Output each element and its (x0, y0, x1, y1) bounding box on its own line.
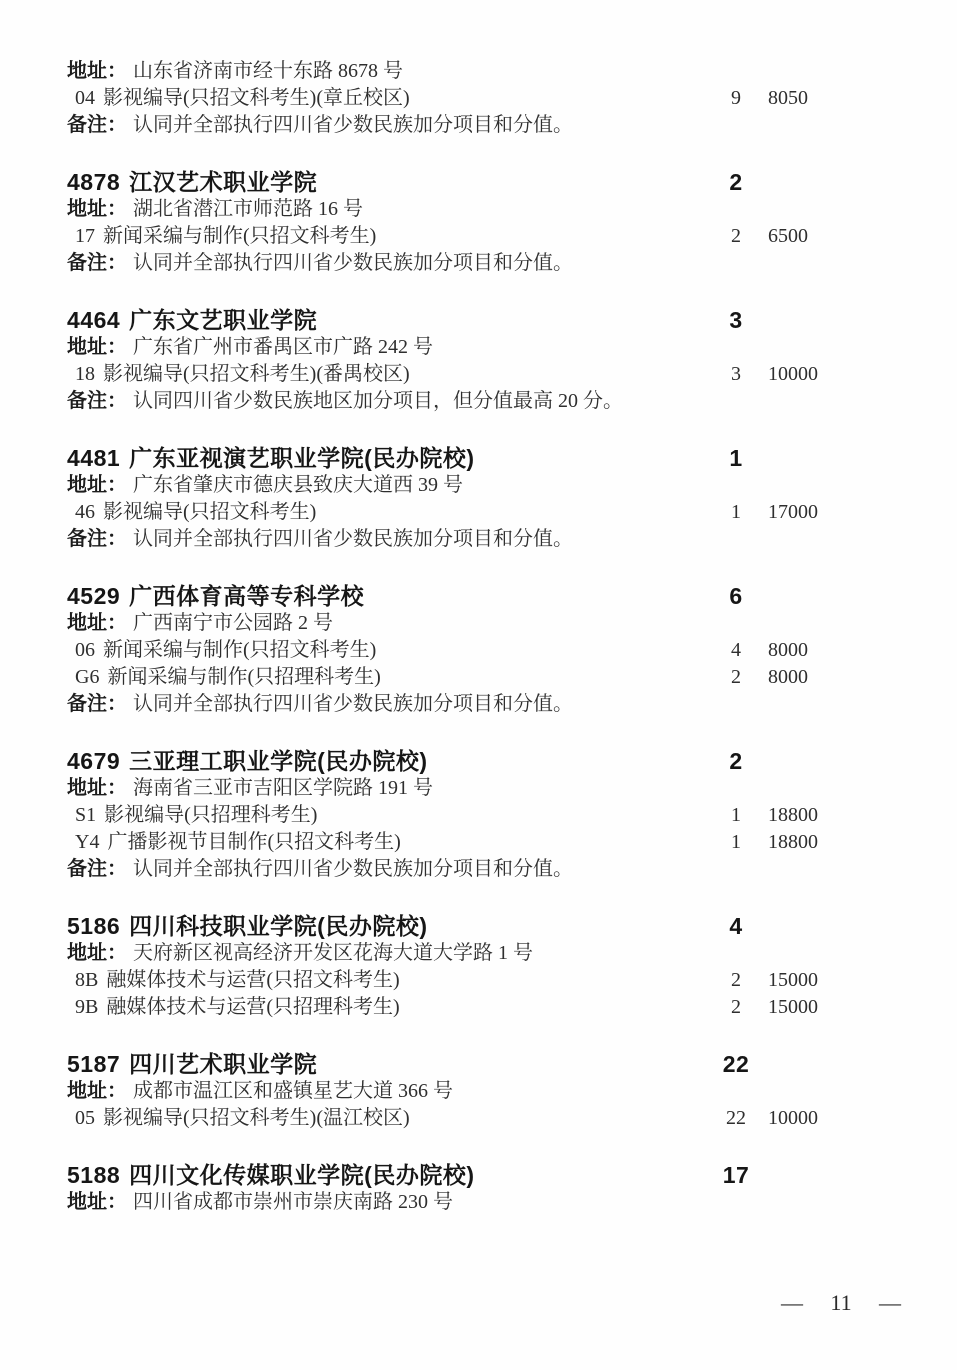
college-name: 三亚理工职业学院(民办院校) (129, 748, 427, 774)
college-name: 四川科技职业学院(民办院校) (129, 913, 427, 939)
remark-label: 备注： (67, 114, 127, 136)
major-row: G6新闻采编与制作(只招理科考生) 2 8000 (67, 664, 897, 691)
college-code: 5188 (67, 1162, 120, 1188)
major-row: 04影视编导(只招文科考生)(章丘校区) 9 8050 (67, 85, 897, 112)
major-code: 18 (75, 363, 95, 385)
college-total-count: 2 (713, 169, 759, 196)
major-quota: 1 (713, 802, 759, 829)
major-name: 影视编导(只招文科考生)(温江校区) (103, 1107, 410, 1129)
major-quota: 2 (713, 994, 759, 1021)
college-list: 地址：山东省济南市经十东路 8678 号 04影视编导(只招文科考生)(章丘校区… (67, 58, 897, 1246)
address-value: 成都市温江区和盛镇星艺大道 366 号 (133, 1080, 453, 1102)
college-entry: 4679三亚理工职业学院(民办院校) 2 地址：海南省三亚市吉阳区学院路 191… (67, 748, 897, 883)
college-entry: 4878江汉艺术职业学院 2 地址：湖北省潜江市师范路 16 号 17新闻采编与… (67, 169, 897, 277)
major-quota: 2 (713, 664, 759, 691)
college-name: 广东亚视演艺职业学院(民办院校) (129, 445, 474, 471)
remark-label: 备注： (67, 252, 127, 274)
college-code: 4464 (67, 307, 120, 333)
address-value: 广西南宁市公园路 2 号 (133, 612, 333, 634)
college-header-row: 4464广东文艺职业学院 3 (67, 307, 897, 334)
college-total-count: 2 (713, 748, 759, 775)
document-page: 地址：山东省济南市经十东路 8678 号 04影视编导(只招文科考生)(章丘校区… (0, 0, 957, 1370)
major-tuition-fee: 6500 (768, 223, 808, 250)
major-row: 46影视编导(只招文科考生) 1 17000 (67, 499, 897, 526)
college-address-row: 地址：广东省肇庆市德庆县致庆大道西 39 号 (67, 472, 897, 499)
address-value: 广东省广州市番禺区市广路 242 号 (133, 336, 433, 358)
majors-list: 06新闻采编与制作(只招文科考生) 4 8000 G6新闻采编与制作(只招理科考… (67, 637, 897, 691)
major-name: 影视编导(只招文科考生)(章丘校区) (103, 87, 410, 109)
major-code: 06 (75, 639, 95, 661)
major-code: 04 (75, 87, 95, 109)
remark-value: 认同并全部执行四川省少数民族加分项目和分值。 (133, 693, 573, 715)
college-address-row: 地址：天府新区视高经济开发区花海大道大学路 1 号 (67, 940, 897, 967)
majors-list: 05影视编导(只招文科考生)(温江校区) 22 10000 (67, 1105, 897, 1132)
major-row: Y4广播影视节目制作(只招文科考生) 1 18800 (67, 829, 897, 856)
major-code: 9B (75, 996, 98, 1018)
college-entry: 4464广东文艺职业学院 3 地址：广东省广州市番禺区市广路 242 号 18影… (67, 307, 897, 415)
major-tuition-fee: 8000 (768, 664, 808, 691)
major-code: S1 (75, 804, 96, 826)
major-name: 融媒体技术与运营(只招理科考生) (106, 996, 399, 1018)
college-total-count: 1 (713, 445, 759, 472)
college-name: 广东文艺职业学院 (129, 307, 317, 333)
major-row: 06新闻采编与制作(只招文科考生) 4 8000 (67, 637, 897, 664)
college-remark-row: 备注：认同四川省少数民族地区加分项目，但分值最高 20 分。 (67, 388, 897, 415)
majors-list: 46影视编导(只招文科考生) 1 17000 (67, 499, 897, 526)
college-header-row: 5188四川文化传媒职业学院(民办院校) 17 (67, 1162, 897, 1189)
major-quota: 22 (713, 1105, 759, 1132)
remark-label: 备注： (67, 693, 127, 715)
major-name: 新闻采编与制作(只招理科考生) (107, 666, 380, 688)
major-tuition-fee: 17000 (768, 499, 818, 526)
major-quota: 2 (713, 223, 759, 250)
address-label: 地址： (67, 1080, 127, 1102)
college-name: 广西体育高等专科学校 (129, 583, 364, 609)
footer-dash-right: — (879, 1290, 901, 1316)
address-label: 地址： (67, 612, 127, 634)
major-quota: 2 (713, 967, 759, 994)
major-row: 05影视编导(只招文科考生)(温江校区) 22 10000 (67, 1105, 897, 1132)
college-header-row: 4679三亚理工职业学院(民办院校) 2 (67, 748, 897, 775)
remark-value: 认同并全部执行四川省少数民族加分项目和分值。 (133, 528, 573, 550)
remark-value: 认同四川省少数民族地区加分项目，但分值最高 20 分。 (133, 390, 623, 412)
major-row: 18影视编导(只招文科考生)(番禺校区) 3 10000 (67, 361, 897, 388)
college-address-row: 地址：海南省三亚市吉阳区学院路 191 号 (67, 775, 897, 802)
major-row: S1影视编导(只招理科考生) 1 18800 (67, 802, 897, 829)
major-tuition-fee: 18800 (768, 829, 818, 856)
address-label: 地址： (67, 942, 127, 964)
major-quota: 1 (713, 499, 759, 526)
college-total-count: 17 (713, 1162, 759, 1189)
major-name: 影视编导(只招文科考生) (103, 501, 316, 523)
major-row: 8B融媒体技术与运营(只招文科考生) 2 15000 (67, 967, 897, 994)
major-code: 46 (75, 501, 95, 523)
majors-list: 04影视编导(只招文科考生)(章丘校区) 9 8050 (67, 85, 897, 112)
major-name: 新闻采编与制作(只招文科考生) (103, 639, 376, 661)
major-tuition-fee: 10000 (768, 1105, 818, 1132)
address-label: 地址： (67, 336, 127, 358)
college-code: 4481 (67, 445, 120, 471)
remark-label: 备注： (67, 390, 127, 412)
college-address-row: 地址：四川省成都市崇州市崇庆南路 230 号 (67, 1189, 897, 1216)
major-tuition-fee: 18800 (768, 802, 818, 829)
college-address-row: 地址：广东省广州市番禺区市广路 242 号 (67, 334, 897, 361)
address-label: 地址： (67, 474, 127, 496)
college-remark-row: 备注：认同并全部执行四川省少数民族加分项目和分值。 (67, 856, 897, 883)
major-code: 8B (75, 969, 98, 991)
college-header-row: 4529广西体育高等专科学校 6 (67, 583, 897, 610)
address-value: 海南省三亚市吉阳区学院路 191 号 (133, 777, 433, 799)
college-name: 四川文化传媒职业学院(民办院校) (129, 1162, 474, 1188)
majors-list: 17新闻采编与制作(只招文科考生) 2 6500 (67, 223, 897, 250)
college-remark-row: 备注：认同并全部执行四川省少数民族加分项目和分值。 (67, 112, 897, 139)
college-entry: 5186四川科技职业学院(民办院校) 4 地址：天府新区视高经济开发区花海大道大… (67, 913, 897, 1021)
college-code: 4679 (67, 748, 120, 774)
major-name: 广播影视节目制作(只招文科考生) (107, 831, 400, 853)
college-total-count: 22 (713, 1051, 759, 1078)
address-value: 山东省济南市经十东路 8678 号 (133, 60, 403, 82)
college-header-row: 5187四川艺术职业学院 22 (67, 1051, 897, 1078)
college-address-row: 地址：山东省济南市经十东路 8678 号 (67, 58, 897, 85)
college-name: 江汉艺术职业学院 (129, 169, 317, 195)
address-label: 地址： (67, 777, 127, 799)
major-quota: 3 (713, 361, 759, 388)
major-tuition-fee: 15000 (768, 967, 818, 994)
remark-label: 备注： (67, 858, 127, 880)
college-address-row: 地址：广西南宁市公园路 2 号 (67, 610, 897, 637)
major-name: 新闻采编与制作(只招文科考生) (103, 225, 376, 247)
address-value: 四川省成都市崇州市崇庆南路 230 号 (133, 1191, 453, 1213)
remark-value: 认同并全部执行四川省少数民族加分项目和分值。 (133, 114, 573, 136)
college-code: 5186 (67, 913, 120, 939)
address-value: 天府新区视高经济开发区花海大道大学路 1 号 (133, 942, 533, 964)
college-code: 4878 (67, 169, 120, 195)
address-label: 地址： (67, 60, 127, 82)
major-quota: 9 (713, 85, 759, 112)
college-header-row: 4481广东亚视演艺职业学院(民办院校) 1 (67, 445, 897, 472)
college-address-row: 地址：成都市温江区和盛镇星艺大道 366 号 (67, 1078, 897, 1105)
footer-dash-left: — (781, 1290, 803, 1316)
majors-list: S1影视编导(只招理科考生) 1 18800 Y4广播影视节目制作(只招文科考生… (67, 802, 897, 856)
college-name: 四川艺术职业学院 (129, 1051, 317, 1077)
major-name: 融媒体技术与运营(只招文科考生) (106, 969, 399, 991)
major-code: Y4 (75, 831, 99, 853)
major-quota: 4 (713, 637, 759, 664)
major-tuition-fee: 15000 (768, 994, 818, 1021)
college-header-row: 5186四川科技职业学院(民办院校) 4 (67, 913, 897, 940)
address-label: 地址： (67, 198, 127, 220)
remark-value: 认同并全部执行四川省少数民族加分项目和分值。 (133, 858, 573, 880)
page-footer: — 11 — (781, 1290, 901, 1316)
majors-list: 18影视编导(只招文科考生)(番禺校区) 3 10000 (67, 361, 897, 388)
page-number: 11 (830, 1290, 851, 1316)
address-value: 湖北省潜江市师范路 16 号 (133, 198, 363, 220)
major-code: 17 (75, 225, 95, 247)
major-name: 影视编导(只招文科考生)(番禺校区) (103, 363, 410, 385)
college-total-count: 4 (713, 913, 759, 940)
college-entry: 4481广东亚视演艺职业学院(民办院校) 1 地址：广东省肇庆市德庆县致庆大道西… (67, 445, 897, 553)
major-tuition-fee: 8000 (768, 637, 808, 664)
college-header-row: 4878江汉艺术职业学院 2 (67, 169, 897, 196)
majors-list: 8B融媒体技术与运营(只招文科考生) 2 15000 9B融媒体技术与运营(只招… (67, 967, 897, 1021)
college-remark-row: 备注：认同并全部执行四川省少数民族加分项目和分值。 (67, 250, 897, 277)
major-tuition-fee: 10000 (768, 361, 818, 388)
college-entry: 4529广西体育高等专科学校 6 地址：广西南宁市公园路 2 号 06新闻采编与… (67, 583, 897, 718)
college-total-count: 3 (713, 307, 759, 334)
college-address-row: 地址：湖北省潜江市师范路 16 号 (67, 196, 897, 223)
college-remark-row: 备注：认同并全部执行四川省少数民族加分项目和分值。 (67, 691, 897, 718)
major-tuition-fee: 8050 (768, 85, 808, 112)
major-row: 17新闻采编与制作(只招文科考生) 2 6500 (67, 223, 897, 250)
college-entry: 5187四川艺术职业学院 22 地址：成都市温江区和盛镇星艺大道 366 号 0… (67, 1051, 897, 1132)
major-quota: 1 (713, 829, 759, 856)
address-label: 地址： (67, 1191, 127, 1213)
college-code: 4529 (67, 583, 120, 609)
remark-value: 认同并全部执行四川省少数民族加分项目和分值。 (133, 252, 573, 274)
major-name: 影视编导(只招理科考生) (104, 804, 317, 826)
college-entry: 地址：山东省济南市经十东路 8678 号 04影视编导(只招文科考生)(章丘校区… (67, 58, 897, 139)
major-row: 9B融媒体技术与运营(只招理科考生) 2 15000 (67, 994, 897, 1021)
major-code: 05 (75, 1107, 95, 1129)
college-remark-row: 备注：认同并全部执行四川省少数民族加分项目和分值。 (67, 526, 897, 553)
remark-label: 备注： (67, 528, 127, 550)
major-code: G6 (75, 666, 99, 688)
college-code: 5187 (67, 1051, 120, 1077)
college-entry: 5188四川文化传媒职业学院(民办院校) 17 地址：四川省成都市崇州市崇庆南路… (67, 1162, 897, 1216)
college-total-count: 6 (713, 583, 759, 610)
address-value: 广东省肇庆市德庆县致庆大道西 39 号 (133, 474, 463, 496)
